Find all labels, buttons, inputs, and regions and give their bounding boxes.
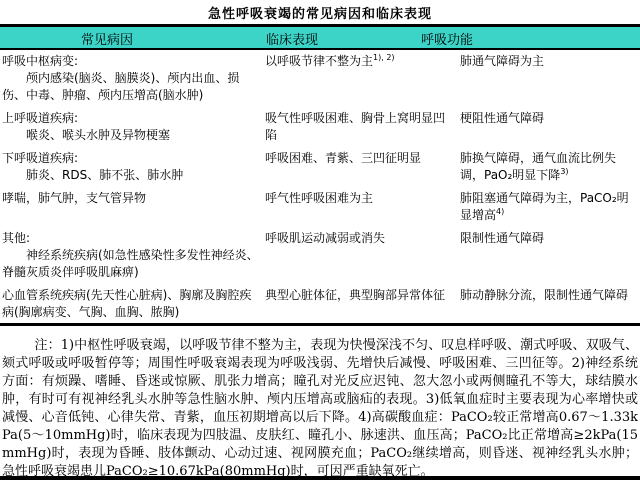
clinical-cell: 典型心脏体征，典型胸部异常体征 <box>263 287 458 321</box>
cause-sub: 喉炎、喉头水肿及异物梗塞 <box>2 127 260 144</box>
cause-sub: 颅内感染(脑炎、脑膜炎)、颅内出血、损伤、中毒、肿瘤、颅内压增高(脑水肿) <box>2 70 260 104</box>
cause-cell: 呼吸中枢病变: 颅内感染(脑炎、脑膜炎)、颅内出血、损伤、中毒、肿瘤、颅内压增高… <box>0 53 263 104</box>
cause-main: 呼吸中枢病变: <box>2 53 260 70</box>
clinical-superscript: 1), 2) <box>373 53 395 62</box>
function-superscript: 4) <box>496 207 504 216</box>
clinical-text: 呼气性呼吸困难为主 <box>265 190 455 207</box>
function-cell: 梗阻性通气障碍 <box>458 110 640 144</box>
header-cell-clinical: 临床表现 <box>266 29 318 48</box>
clinical-main: 呼气性呼吸困难为主 <box>265 191 373 205</box>
table-row: 哮喘，肺气肿，支气管异物 呼气性呼吸困难为主 肺阻塞通气障碍为主，PaCO₂明显… <box>0 190 640 224</box>
page-title: 急性呼吸衰竭的常见病因和临床表现 <box>0 3 640 22</box>
cause-main: 上呼吸道疾病: <box>2 110 260 127</box>
function-text: 肺通气障碍为主 <box>460 53 637 70</box>
table-row: 心血管系统疾病(先天性心脏病)、胸廓及胸腔疾病(胸廓病变、气胸、血胸、脓胸) 典… <box>0 287 640 321</box>
cause-cell: 上呼吸道疾病: 喉炎、喉头水肿及异物梗塞 <box>0 110 263 144</box>
function-text: 肺换气障碍，通气血流比例失调，PaO₂明显下降3) <box>460 150 637 184</box>
clinical-text: 吸气性呼吸困难、胸骨上窝明显凹陷 <box>265 110 455 144</box>
cause-cell: 其他: 神经系统疾病(如急性感染性多发性神经炎、脊髓灰质炎伴呼吸肌麻痹) <box>0 230 263 281</box>
causes-table: 常见病因 临床表现 呼吸功能 呼吸中枢病变: 颅内感染(脑炎、脑膜炎)、颅内出血… <box>0 24 640 326</box>
header-cell-function: 呼吸功能 <box>421 29 473 48</box>
header-cell-causes: 常见病因 <box>81 29 133 48</box>
clinical-text: 呼吸困难、青紫、三凹征明显 <box>265 150 455 167</box>
table-header-row: 常见病因 临床表现 呼吸功能 <box>0 27 640 50</box>
cause-sub: 肺炎、RDS、肺不张、肺水肿 <box>2 167 260 184</box>
cause-sub: 神经系统疾病(如急性感染性多发性神经炎、脊髓灰质炎伴呼吸肌麻痹) <box>2 247 260 281</box>
clinical-text: 以呼吸节律不整为主1), 2) <box>265 53 455 70</box>
function-text: 限制性通气障碍 <box>460 230 637 247</box>
page: 急性呼吸衰竭的常见病因和临床表现 常见病因 临床表现 呼吸功能 呼吸中枢病变: … <box>0 0 640 481</box>
clinical-main: 以呼吸节律不整为主 <box>265 54 373 68</box>
clinical-cell: 吸气性呼吸困难、胸骨上窝明显凹陷 <box>263 110 458 144</box>
cause-main: 其他: <box>2 230 260 247</box>
function-cell: 肺换气障碍，通气血流比例失调，PaO₂明显下降3) <box>458 150 640 184</box>
clinical-cell: 呼吸肌运动减弱或消失 <box>263 230 458 281</box>
function-main: 肺通气障碍为主 <box>460 54 544 68</box>
function-superscript: 3) <box>560 167 568 176</box>
function-cell: 肺动静脉分流，限制性通气障碍 <box>458 287 640 321</box>
cause-main: 哮喘，肺气肿，支气管异物 <box>2 190 260 207</box>
function-main: 肺动静脉分流，限制性通气障碍 <box>460 288 628 302</box>
footnotes: 注：1)中枢性呼吸衰竭，以呼吸节律不整为主，表现为快慢深浅不匀、叹息样呼吸、潮式… <box>0 337 640 481</box>
function-cell: 肺阻塞通气障碍为主，PaCO₂明显增高4) <box>458 190 640 224</box>
clinical-cell: 以呼吸节律不整为主1), 2) <box>263 53 458 104</box>
clinical-cell: 呼吸困难、青紫、三凹征明显 <box>263 150 458 184</box>
table-row: 上呼吸道疾病: 喉炎、喉头水肿及异物梗塞 吸气性呼吸困难、胸骨上窝明显凹陷 梗阻… <box>0 110 640 144</box>
function-text: 肺动静脉分流，限制性通气障碍 <box>460 287 637 304</box>
function-cell: 限制性通气障碍 <box>458 230 640 281</box>
function-main: 肺阻塞通气障碍为主，PaCO₂明显增高 <box>460 191 629 222</box>
clinical-text: 典型心脏体征，典型胸部异常体征 <box>265 287 455 304</box>
bottom-rule <box>0 476 640 480</box>
cause-main: 下呼吸道疾病: <box>2 150 260 167</box>
function-main: 限制性通气障碍 <box>460 231 544 245</box>
clinical-cell: 呼气性呼吸困难为主 <box>263 190 458 224</box>
function-main: 肺换气障碍，通气血流比例失调，PaO₂明显下降 <box>460 151 616 182</box>
function-text: 肺阻塞通气障碍为主，PaCO₂明显增高4) <box>460 190 637 224</box>
cause-cell: 下呼吸道疾病: 肺炎、RDS、肺不张、肺水肿 <box>0 150 263 184</box>
clinical-main: 典型心脏体征，典型胸部异常体征 <box>265 288 445 302</box>
clinical-text: 呼吸肌运动减弱或消失 <box>265 230 455 247</box>
cause-cell: 心血管系统疾病(先天性心脏病)、胸廓及胸腔疾病(胸廓病变、气胸、血胸、脓胸) <box>0 287 263 321</box>
table-row: 呼吸中枢病变: 颅内感染(脑炎、脑膜炎)、颅内出血、损伤、中毒、肿瘤、颅内压增高… <box>0 53 640 104</box>
cause-cell: 哮喘，肺气肿，支气管异物 <box>0 190 263 224</box>
table-body: 呼吸中枢病变: 颅内感染(脑炎、脑膜炎)、颅内出血、损伤、中毒、肿瘤、颅内压增高… <box>0 50 640 326</box>
clinical-main: 呼吸肌运动减弱或消失 <box>265 231 385 245</box>
clinical-main: 吸气性呼吸困难、胸骨上窝明显凹陷 <box>265 111 445 142</box>
function-cell: 肺通气障碍为主 <box>458 53 640 104</box>
table-row: 下呼吸道疾病: 肺炎、RDS、肺不张、肺水肿 呼吸困难、青紫、三凹征明显 肺换气… <box>0 150 640 184</box>
clinical-main: 呼吸困难、青紫、三凹征明显 <box>265 151 421 165</box>
function-text: 梗阻性通气障碍 <box>460 110 637 127</box>
function-main: 梗阻性通气障碍 <box>460 111 544 125</box>
cause-main: 心血管系统疾病(先天性心脏病)、胸廓及胸腔疾病(胸廓病变、气胸、血胸、脓胸) <box>2 287 260 321</box>
table-row: 其他: 神经系统疾病(如急性感染性多发性神经炎、脊髓灰质炎伴呼吸肌麻痹) 呼吸肌… <box>0 230 640 281</box>
